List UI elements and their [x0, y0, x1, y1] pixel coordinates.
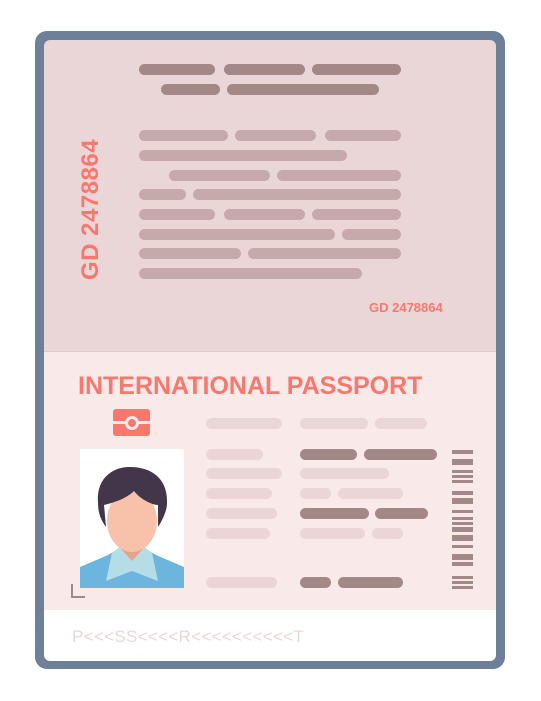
text-line [169, 170, 270, 181]
biometric-chip-icon [113, 409, 150, 436]
text-line [325, 130, 401, 141]
text-line [248, 248, 401, 259]
text-line [139, 150, 347, 161]
field-label-line [206, 577, 277, 588]
field-label-line [206, 488, 272, 499]
header-line [139, 64, 215, 75]
field-value-line [300, 508, 369, 519]
field-value-line [300, 468, 389, 479]
field-label-line [206, 468, 282, 479]
text-line [193, 189, 401, 200]
text-line [139, 248, 241, 259]
text-line [139, 268, 362, 279]
text-line [312, 209, 401, 220]
field-value-line [300, 577, 331, 588]
portrait-photo [80, 449, 184, 588]
text-line [224, 209, 305, 220]
field-value-line [338, 488, 403, 499]
field-value-line [300, 528, 365, 539]
field-label-line [206, 449, 263, 460]
text-line [139, 130, 228, 141]
text-line [139, 189, 186, 200]
photo-corner-mark [71, 584, 85, 598]
header-line [227, 84, 379, 95]
field-value-line [300, 488, 331, 499]
text-line [139, 229, 335, 240]
field-line [206, 418, 282, 429]
text-line [277, 170, 401, 181]
field-value-line [375, 508, 428, 519]
field-line [300, 418, 368, 429]
text-line [342, 229, 401, 240]
passport-title: INTERNATIONAL PASSPORT [78, 372, 422, 401]
person-avatar-icon [80, 449, 184, 588]
field-value-line [338, 577, 403, 588]
passport-number-vertical: GD 2478864 [77, 139, 105, 280]
header-line [312, 64, 401, 75]
field-label-line [206, 508, 277, 519]
field-value-line [300, 449, 357, 460]
passport-number: GD 2478864 [369, 300, 443, 315]
text-line [139, 209, 215, 220]
field-value-line [372, 528, 403, 539]
mrz-line: P<<<SS<<<<R<<<<<<<<<<T [72, 627, 304, 647]
header-line [224, 64, 305, 75]
text-line [235, 130, 316, 141]
field-value-line [364, 449, 437, 460]
field-line [375, 418, 427, 429]
header-line [161, 84, 220, 95]
field-label-line [206, 528, 270, 539]
